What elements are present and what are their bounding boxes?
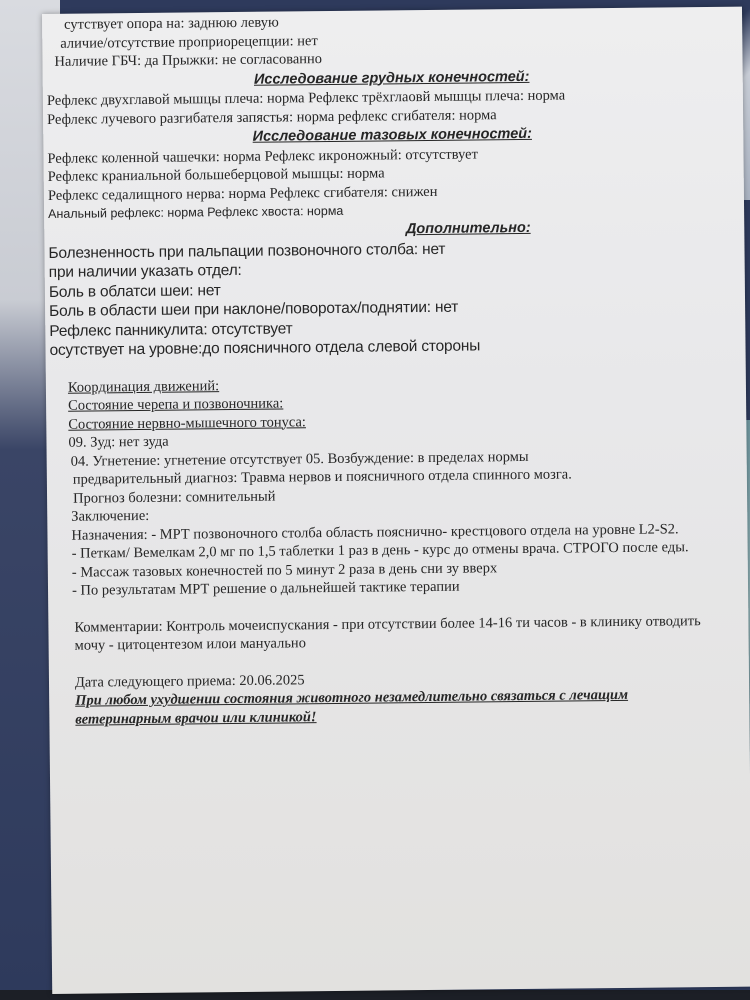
- conclusion-section: Заключение: Назначения: - МРТ позвоночно…: [51, 501, 742, 601]
- paper-sheet: сутствует опора на: заднюю левую аличие/…: [42, 7, 750, 994]
- top-section: сутствует опора на: заднюю левую аличие/…: [46, 9, 737, 72]
- document-body: сутствует опора на: заднюю левую аличие/…: [46, 9, 743, 729]
- neuro-section: Координация движений: Состояние черепа и…: [50, 371, 741, 508]
- footer-section: Дата следующего приема: 20.06.2025 При л…: [53, 666, 744, 729]
- additional-section: Болезненность при пальпации позвоночного…: [48, 236, 739, 360]
